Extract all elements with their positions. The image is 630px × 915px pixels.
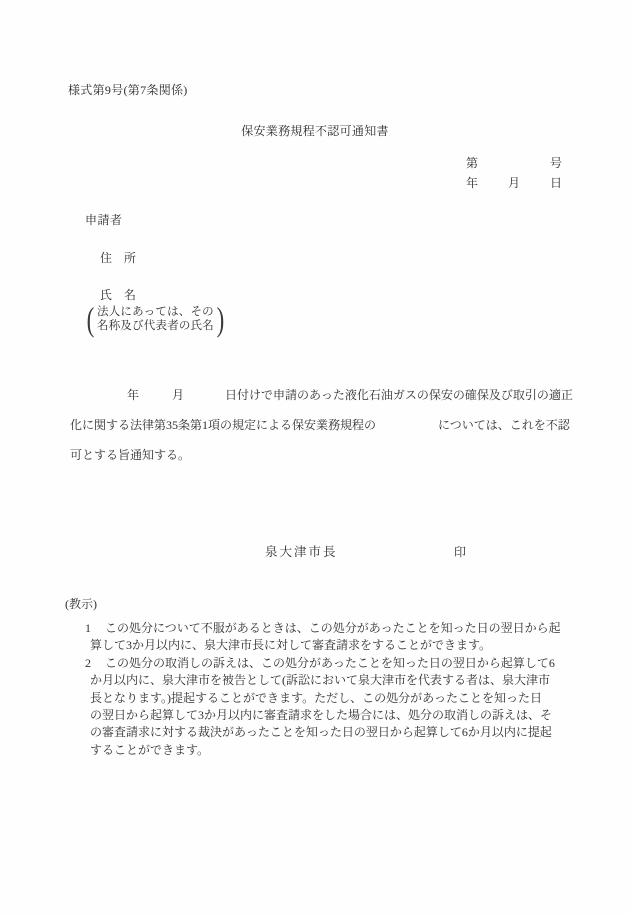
applicant-label: 申請者: [85, 213, 123, 228]
document-page: 様式第9号(第7条関係) 保安業務規程不認可通知書 第 号 年 月 日 申請者 …: [0, 0, 630, 915]
address-label: 住 所: [100, 251, 136, 266]
corporate-name-note: ( 法人にあっては、その 名称及び代表者の氏名 ): [86, 304, 225, 334]
body-month-label: 月: [172, 388, 184, 402]
year-blank: [139, 398, 172, 399]
doc-number-prefix: 第: [466, 156, 478, 171]
form-number: 様式第9号(第7条関係): [68, 83, 188, 98]
regulation-name-blank: [376, 428, 438, 429]
left-bracket: (: [87, 300, 95, 338]
notice-item-2-line: の翌日から起算して3か月以内に審査請求をした場合には、処分の取消しの訴えは、そ: [90, 707, 575, 724]
body-paragraph: 年月日付けで申請のあった液化石油ガスの保安の確保及び取引の適正 化に関する法律第…: [70, 380, 582, 470]
body-line-2: 化に関する法律第35条第1項の規定による保安業務規程のについては、これを不認: [70, 410, 582, 440]
notice-item-2-line: することができます。: [90, 742, 575, 759]
document-number-line: 第 号: [466, 156, 562, 171]
body-line-3: 可とする旨通知する。: [70, 440, 582, 470]
body-line-2-text-before: 化に関する法律第35条第1項の規定による保安業務規程の: [70, 418, 376, 432]
month-blank: [184, 398, 225, 399]
body-line-1: 年月日付けで申請のあった液化石油ガスの保安の確保及び取引の適正: [70, 380, 582, 410]
corporate-name-note-text: 法人にあっては、その 名称及び代表者の氏名: [95, 305, 216, 334]
date-month-label: 月: [508, 176, 520, 191]
corporate-name-note-line: 法人にあっては、その: [97, 305, 214, 320]
right-bracket: ): [217, 300, 225, 338]
notice-item-2-line: 2この処分の取消しの訴えは、この処分があったことを知った日の翌日から起算して6: [85, 655, 575, 672]
name-label: 氏 名: [100, 288, 136, 303]
notice-item-1-text: この処分について不服があるときは、この処分があったことを知った日の翌日から起: [105, 621, 561, 635]
notice-item-2-line: の審査請求に対する裁決があったことを知った日の翌日から起算して6か月以内に提起: [90, 724, 575, 741]
notice-items: 1この処分について不服があるときは、この処分があったことを知った日の翌日から起 …: [85, 620, 575, 759]
notice-item-2-text: この処分の取消しの訴えは、この処分があったことを知った日の翌日から起算して6: [105, 656, 555, 670]
date-day-label: 日: [550, 176, 562, 191]
signer-name: 泉大津市長: [265, 545, 338, 560]
notice-item-2-line: 長となります。)提起することができます。ただし、この処分があったことを知った日: [90, 690, 575, 707]
body-line-1-text: 日付けで申請のあった液化石油ガスの保安の確保及び取引の適正: [225, 388, 573, 402]
date-line: 年 月 日: [466, 176, 562, 191]
notice-heading: (教示): [65, 597, 97, 612]
document-title: 保安業務規程不認可通知書: [0, 123, 630, 139]
notice-item-1-line: 1この処分について不服があるときは、この処分があったことを知った日の翌日から起: [85, 620, 575, 637]
date-year-label: 年: [466, 176, 478, 191]
notice-item-1-line: 算して3か月以内に、泉大津市長に対して審査請求をすることができます。: [90, 637, 575, 654]
notice-item-2-line: か月以内に、泉大津市を被告として(訴訟において泉大津市を代表する者は、泉大津市: [90, 672, 575, 689]
seal-mark: 印: [454, 545, 466, 560]
notice-item-1-number: 1: [85, 620, 105, 637]
body-year-label: 年: [127, 388, 139, 402]
date-indent-blank: [70, 398, 127, 399]
corporate-name-note-line: 名称及び代表者の氏名: [97, 319, 214, 334]
doc-number-suffix: 号: [550, 156, 562, 171]
body-line-2-text-after: については、これを不認: [438, 418, 570, 432]
notice-item-2-number: 2: [85, 655, 105, 672]
